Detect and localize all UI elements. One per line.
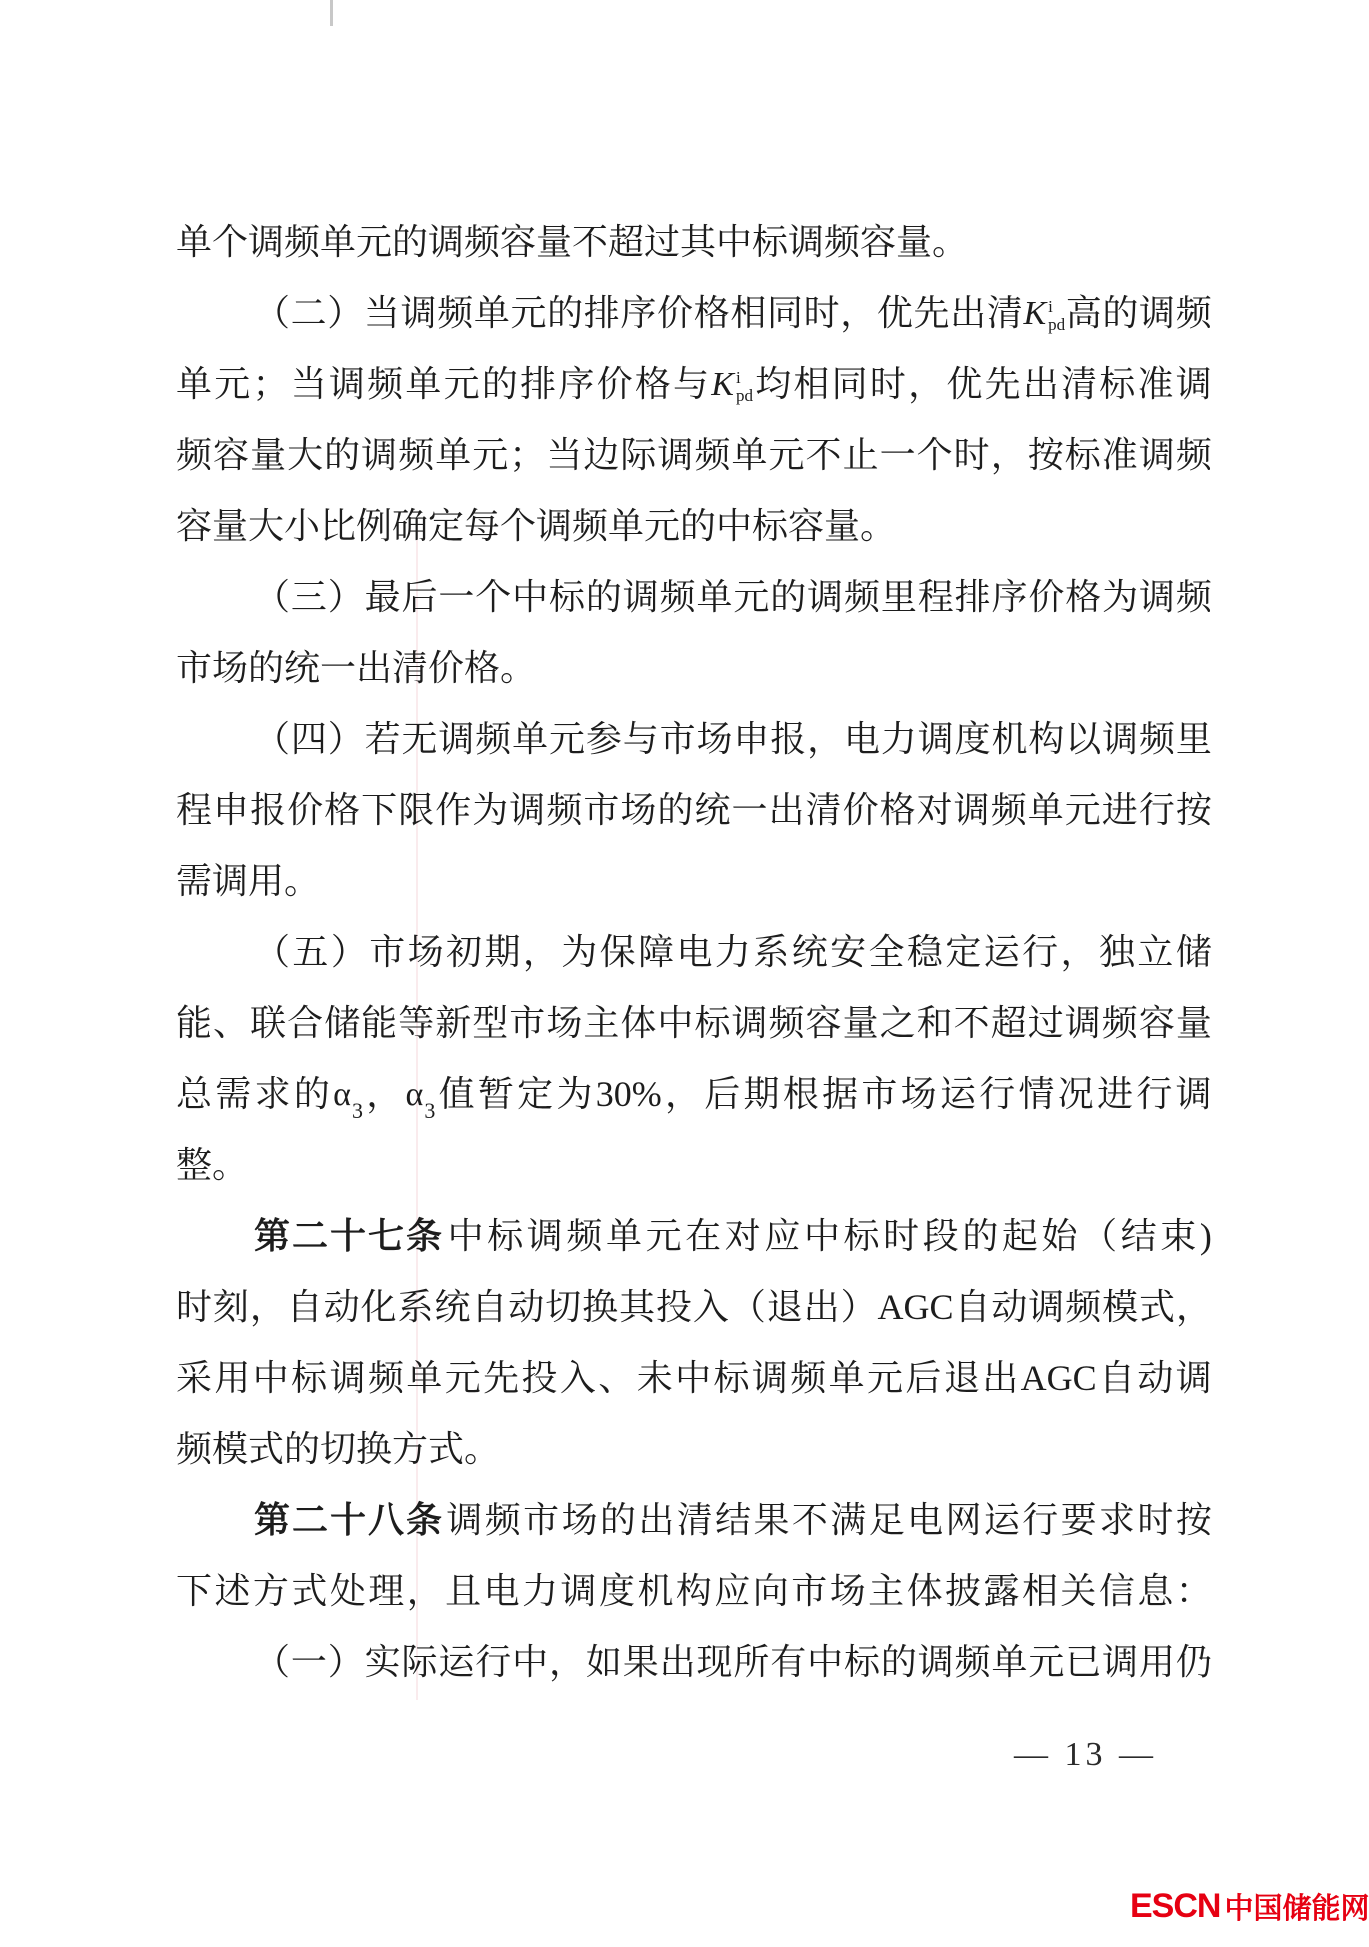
- text: 系: [753, 917, 789, 988]
- text: 清: [677, 1485, 713, 1556]
- document-page: 单个调频单元的调频容量不超过其中标调频容量。（二）当调频单元的排序价格相同时，优…: [0, 0, 1369, 1947]
- text: 量: [843, 988, 879, 1059]
- text: 申: [213, 775, 249, 846]
- text: 仍: [1176, 1627, 1212, 1698]
- text: 足: [869, 1485, 905, 1556]
- text: 换: [582, 1272, 618, 1343]
- text: 调: [918, 1627, 954, 1698]
- text: 式: [291, 1556, 327, 1627]
- text: 能: [361, 988, 397, 1059]
- text: 容: [213, 420, 249, 491]
- text: 元: [867, 1343, 903, 1414]
- text: （: [730, 1272, 766, 1343]
- text: 标: [694, 988, 730, 1059]
- text: 调: [361, 420, 397, 491]
- text: 参: [586, 704, 622, 775]
- text: 障: [638, 917, 674, 988]
- text: 单: [406, 1343, 442, 1414]
- text: 限: [398, 775, 434, 846]
- text: 行: [979, 1059, 1015, 1130]
- text: 元: [549, 704, 585, 775]
- text: 优: [946, 349, 982, 420]
- text: 力: [881, 704, 917, 775]
- text: 际: [620, 420, 656, 491]
- text: 调: [918, 704, 954, 775]
- text: 入: [560, 1343, 596, 1414]
- text: 价: [287, 775, 323, 846]
- text: 之: [880, 988, 916, 1059]
- text: 个: [475, 562, 511, 633]
- text: 不: [792, 1485, 828, 1556]
- text: ，: [549, 1627, 585, 1698]
- text: 格: [694, 278, 730, 349]
- text: 进: [1102, 775, 1138, 846]
- text: ，: [1176, 1272, 1212, 1343]
- text-line: 单元；当调频单元的排序价格与Kipd均相同时，优先出清标准调: [176, 349, 1212, 420]
- text: ipd: [736, 369, 753, 405]
- text: 元: [444, 349, 480, 420]
- text: 单: [512, 704, 548, 775]
- text: 体: [907, 1556, 943, 1627]
- text: 定: [517, 1059, 553, 1130]
- text: 调: [731, 988, 767, 1059]
- text: 标: [291, 1343, 327, 1414]
- text: 单: [1028, 775, 1064, 846]
- text: 一: [880, 420, 916, 491]
- text: 均: [755, 349, 791, 420]
- text: 机: [992, 704, 1028, 775]
- text: ，: [991, 420, 1027, 491]
- text: 式: [1139, 1272, 1175, 1343]
- text: 频: [367, 349, 403, 420]
- text: 申: [733, 704, 769, 775]
- text: 投: [656, 1272, 692, 1343]
- text: 信: [1099, 1556, 1135, 1627]
- text: 量: [1176, 988, 1212, 1059]
- text: 三: [291, 562, 327, 633]
- text: 统: [434, 1272, 470, 1343]
- text: 关: [1060, 1556, 1096, 1627]
- text: 电: [907, 1485, 943, 1556]
- text: 主: [583, 988, 619, 1059]
- text: 的: [657, 775, 693, 846]
- text: 为: [561, 917, 597, 988]
- text: 为: [472, 775, 508, 846]
- text: 调: [1139, 562, 1175, 633]
- text-line: 下述方式处理，且电力调度机构应向市场主体披露相关信息：: [176, 1556, 1212, 1627]
- text: 统: [694, 775, 730, 846]
- text: 频: [955, 1627, 991, 1698]
- text: 结: [1121, 1201, 1157, 1272]
- text: 期: [484, 917, 520, 988]
- text: 中: [253, 1343, 289, 1414]
- text: 出: [950, 278, 986, 349]
- text: 频: [844, 562, 880, 633]
- text: 结: [715, 1485, 751, 1556]
- text: 序: [558, 349, 594, 420]
- text: 用: [1139, 1627, 1175, 1698]
- text: 频: [1176, 420, 1212, 491]
- text: 中: [807, 1627, 843, 1698]
- text: ，: [840, 278, 876, 349]
- text: 单: [731, 420, 767, 491]
- text: 应: [714, 1556, 750, 1627]
- text: 调: [401, 278, 437, 349]
- text: 频: [1065, 1272, 1101, 1343]
- text: 调: [657, 420, 693, 491]
- text: 调: [623, 562, 659, 633]
- text: 调: [752, 1343, 788, 1414]
- text: 合: [287, 988, 323, 1059]
- text: 标: [844, 1627, 880, 1698]
- text: AGC: [1021, 1343, 1097, 1414]
- text: 3: [352, 1100, 363, 1122]
- text: 优: [877, 278, 913, 349]
- text: 止: [843, 420, 879, 491]
- text: 出: [769, 775, 805, 846]
- text: 调: [330, 1343, 366, 1414]
- text: 述: [214, 1556, 250, 1627]
- text: 频: [790, 1343, 826, 1414]
- text: 始: [1042, 1201, 1078, 1272]
- text: 频: [475, 704, 511, 775]
- text: α: [406, 1078, 424, 1112]
- text: 元: [472, 420, 508, 491]
- text: 频: [176, 420, 212, 491]
- text: 出: [1023, 349, 1059, 420]
- text: 所: [733, 1627, 769, 1698]
- text: 调: [438, 704, 474, 775]
- text: 电: [484, 1556, 520, 1627]
- text: 单个调频单元的调频容量不超过其中标调频容量。: [176, 207, 968, 278]
- text: ，: [908, 349, 944, 420]
- text: 全: [869, 917, 905, 988]
- text: 中: [657, 988, 693, 1059]
- text: pd: [1048, 316, 1065, 334]
- text: 的: [547, 278, 583, 349]
- text: 联: [250, 988, 286, 1059]
- text-line: 整。: [176, 1130, 1212, 1201]
- text: 调: [561, 1556, 597, 1627]
- text: 据: [822, 1059, 858, 1130]
- text-line: 容量大小比例确定每个调频单元的中标容量。: [176, 491, 1212, 562]
- text: K: [1023, 297, 1046, 331]
- text: 需调用。: [176, 846, 320, 917]
- text: 型: [472, 988, 508, 1059]
- text: （: [254, 1627, 290, 1698]
- text: 的: [324, 420, 360, 491]
- text: ；: [509, 420, 545, 491]
- text: 标: [844, 1201, 880, 1272]
- page-number: — 13 —: [1014, 1736, 1157, 1774]
- text-line: 时刻，自动化系统自动切换其投入（退出）AGC自动调频模式，: [176, 1272, 1212, 1343]
- text: 单: [992, 1627, 1028, 1698]
- text: 有: [770, 1627, 806, 1698]
- text: 刻: [213, 1272, 249, 1343]
- text: 频模式的切换方式。: [176, 1414, 500, 1485]
- text: 定: [945, 917, 981, 988]
- text: 储: [324, 988, 360, 1059]
- text: 整。: [176, 1130, 248, 1201]
- text: 超: [991, 988, 1027, 1059]
- text: ，: [366, 1059, 402, 1130]
- text: 体: [620, 988, 656, 1059]
- text-line: 频容量大的调频单元；当边际调频单元不止一个时，按标准调频: [176, 420, 1212, 491]
- formula: Kipd: [711, 367, 753, 403]
- text-line: 频模式的切换方式。: [176, 1414, 1212, 1485]
- text: 容量大小比例确定每个调频单元的中标容量。: [176, 491, 896, 562]
- text: 调: [1176, 1059, 1212, 1130]
- text: 格: [1065, 562, 1101, 633]
- text: 元: [214, 349, 250, 420]
- text: 力: [715, 917, 751, 988]
- text: 以: [1065, 704, 1101, 775]
- text: 统: [792, 917, 828, 988]
- text: pd: [736, 387, 753, 405]
- text: 出: [638, 1485, 674, 1556]
- text: 行: [1136, 1059, 1172, 1130]
- text: 对: [917, 775, 953, 846]
- text: 频: [991, 775, 1027, 846]
- text: 储: [1176, 917, 1212, 988]
- text: 单: [606, 1201, 642, 1272]
- text: 的: [600, 1485, 636, 1556]
- text: 、: [598, 1343, 634, 1414]
- text: 市: [509, 988, 545, 1059]
- text: 场: [408, 917, 444, 988]
- text: 的: [482, 349, 518, 420]
- text: 实: [365, 1627, 401, 1698]
- text: （: [254, 562, 290, 633]
- text: 动: [1137, 1343, 1173, 1414]
- text: 序: [992, 562, 1028, 633]
- text: 能: [176, 988, 212, 1059]
- text: i: [736, 369, 753, 387]
- text: 中: [512, 1627, 548, 1698]
- text: 已: [1065, 1627, 1101, 1698]
- text: 值: [439, 1059, 475, 1130]
- text: 价: [1028, 562, 1064, 633]
- text: 先: [914, 278, 950, 349]
- text: 的: [770, 562, 806, 633]
- text-line: 需调用。: [176, 846, 1212, 917]
- text: 中: [675, 1343, 711, 1414]
- text: 进: [1097, 1059, 1133, 1130]
- text-line: 总需求的α3，α3值暂定为30%，后期根据市场运行情况进行调: [176, 1059, 1212, 1130]
- text: 频: [368, 1343, 404, 1414]
- text: 向: [753, 1556, 789, 1627]
- text: 场: [562, 1485, 598, 1556]
- text: 行: [475, 1627, 511, 1698]
- text: 频: [660, 562, 696, 633]
- text: 、: [213, 988, 249, 1059]
- text: 行: [1022, 1485, 1058, 1556]
- text: 情: [1019, 1059, 1055, 1130]
- text: 里: [881, 562, 917, 633]
- text: ：: [1176, 1556, 1212, 1627]
- text: 先: [985, 349, 1021, 420]
- text: 且: [445, 1556, 481, 1627]
- text: 高: [1066, 278, 1102, 349]
- text: i: [1048, 298, 1065, 316]
- text: 序: [620, 278, 656, 349]
- text: 运: [438, 1627, 474, 1698]
- text: 场: [901, 1059, 937, 1130]
- text: 果: [754, 1485, 790, 1556]
- text: 度: [599, 1556, 635, 1627]
- text: 排: [955, 562, 991, 633]
- text: 相: [1022, 1556, 1058, 1627]
- text: 按: [1028, 420, 1064, 491]
- text: ）: [841, 1272, 877, 1343]
- text: 过: [1028, 988, 1064, 1059]
- text: 用: [214, 1343, 250, 1414]
- text-line: 能、联合储能等新型市场主体中标调频容量之和不超过调频容量: [176, 988, 1212, 1059]
- text: 场: [697, 704, 733, 775]
- text: 不: [806, 420, 842, 491]
- text: 为: [556, 1059, 592, 1130]
- text: 网: [945, 1485, 981, 1556]
- text: 最: [365, 562, 401, 633]
- text: 频: [694, 420, 730, 491]
- text: 为: [1102, 562, 1138, 633]
- text: 格: [324, 775, 360, 846]
- text: ，: [665, 1059, 701, 1130]
- text: 频: [437, 278, 473, 349]
- text: 调: [1102, 1627, 1138, 1698]
- text: 调: [446, 1485, 482, 1556]
- text: 等: [398, 988, 434, 1059]
- text: 的: [294, 1059, 330, 1130]
- text: 时: [883, 1201, 919, 1272]
- text: 电: [676, 917, 712, 988]
- text: 若: [365, 704, 401, 775]
- text: 初: [446, 917, 482, 988]
- text: ，: [807, 704, 843, 775]
- text: 标: [713, 1343, 749, 1414]
- text: 频: [566, 1201, 602, 1272]
- text: 稳: [907, 917, 943, 988]
- text: 应: [764, 1201, 800, 1272]
- text: 段: [923, 1201, 959, 1272]
- text: ): [1200, 1201, 1212, 1272]
- article-label: 第二十七条: [254, 1201, 444, 1272]
- text: 力: [522, 1556, 558, 1627]
- text: ）: [328, 704, 364, 775]
- text-line: 采用中标调频单元先投入、未中标调频单元后退出AGC自动调: [176, 1343, 1212, 1414]
- text: 中: [448, 1201, 484, 1272]
- text: 频: [1176, 278, 1212, 349]
- text-line: （四）若无调频单元参与市场申报，电力调度机构以调频里: [176, 704, 1212, 775]
- text: 需: [215, 1059, 251, 1130]
- text: 作: [435, 775, 471, 846]
- text-line: （一）实际运行中，如果出现所有中标的调频单元已调用仍: [176, 1627, 1212, 1698]
- text: 不: [954, 988, 990, 1059]
- text: 与: [673, 349, 709, 420]
- text: 同: [767, 278, 803, 349]
- text: 四: [291, 704, 327, 775]
- text: 时: [176, 1272, 212, 1343]
- text: 排: [520, 349, 556, 420]
- text: 一: [291, 1627, 327, 1698]
- text: ipd: [1048, 298, 1065, 334]
- text: （: [1081, 1201, 1117, 1272]
- text: 30%: [596, 1059, 662, 1130]
- article-label: 第二十八条: [254, 1485, 444, 1556]
- text: 准: [1138, 349, 1174, 420]
- text: 对: [725, 1201, 761, 1272]
- text: 元: [445, 1343, 481, 1414]
- text: 后: [402, 562, 438, 633]
- text: 3: [424, 1100, 435, 1122]
- text: 动: [324, 1272, 360, 1343]
- text: 行: [1139, 775, 1175, 846]
- text: 容: [806, 988, 842, 1059]
- text: 的: [586, 562, 622, 633]
- text: 自: [954, 1272, 990, 1343]
- text: 和: [917, 988, 953, 1059]
- text-line: （三）最后一个中标的调频单元的调频里程排序价格为调频: [176, 562, 1212, 633]
- text: 程: [918, 562, 954, 633]
- text: 自: [471, 1272, 507, 1343]
- text: ）: [331, 917, 367, 988]
- text: 准: [1102, 420, 1138, 491]
- text-line: 第二十八条调频市场的出清结果不满足电网运行要求时按: [176, 1485, 1212, 1556]
- text: 标: [1099, 349, 1135, 420]
- text: ；: [252, 349, 288, 420]
- text: 切: [545, 1272, 581, 1343]
- text: 元: [733, 562, 769, 633]
- text: 单: [435, 420, 471, 491]
- text: 况: [1058, 1059, 1094, 1130]
- text: 调: [509, 775, 545, 846]
- text: 按: [1176, 775, 1212, 846]
- text: 起: [1002, 1201, 1038, 1272]
- text: 安: [830, 917, 866, 988]
- text: 个: [917, 420, 953, 491]
- text: 元: [769, 420, 805, 491]
- text: 市: [660, 704, 696, 775]
- text: 出: [804, 1272, 840, 1343]
- text: 频: [1139, 704, 1175, 775]
- text: 元: [510, 278, 546, 349]
- text: 时: [954, 420, 990, 491]
- text: 场: [546, 988, 582, 1059]
- text: 化: [361, 1272, 397, 1343]
- text: 主: [868, 1556, 904, 1627]
- text: 满: [830, 1485, 866, 1556]
- text: 元: [1065, 775, 1101, 846]
- text: ）: [328, 1627, 364, 1698]
- text: 未: [637, 1343, 673, 1414]
- formula: α3: [406, 1078, 436, 1112]
- escn-logo-zh: 中国储能网: [1224, 1886, 1369, 1927]
- text: 调: [1176, 1343, 1212, 1414]
- text: 调: [1139, 278, 1175, 349]
- text: 格: [880, 775, 916, 846]
- text: 二: [291, 278, 327, 349]
- text: 标: [549, 562, 585, 633]
- formula: Kipd: [1023, 296, 1065, 332]
- text: 下: [361, 775, 397, 846]
- text: AGC: [878, 1272, 954, 1343]
- text: 清: [1061, 349, 1097, 420]
- text: 根: [783, 1059, 819, 1130]
- text: 际: [402, 1627, 438, 1698]
- text: 暂: [478, 1059, 514, 1130]
- text: 频: [769, 988, 805, 1059]
- text: 一: [731, 775, 767, 846]
